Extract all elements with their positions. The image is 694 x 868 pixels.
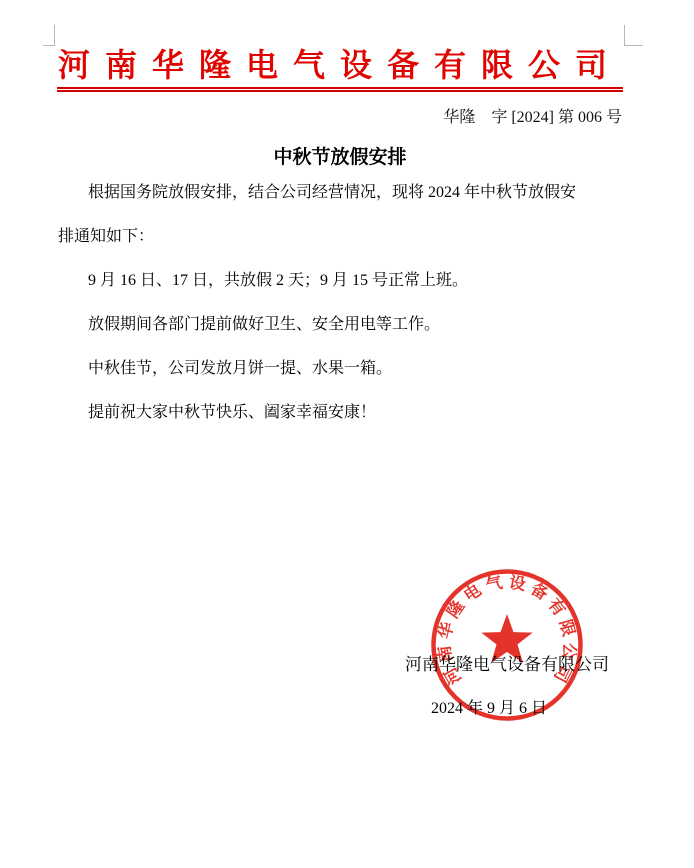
body-line: 放假期间各部门提前做好卫生、安全用电等工作。 [58,303,624,347]
company-letterhead: 河南华隆电气设备有限公司 [57,46,623,92]
document-number: 华隆 字 [2024] 第 006 号 [443,104,622,127]
margin-crop-mark-top-left [43,25,55,46]
notice-body: 根据国务院放假安排，结合公司经营情况，现将 2024 年中秋节放假安 排通知如下… [58,171,624,435]
margin-crop-mark-top-right [624,25,643,46]
body-line: 9 月 16 日、17 日，共放假 2 天；9 月 15 号正常上班。 [58,259,624,303]
body-line: 中秋佳节，公司发放月饼一提、水果一箱。 [58,347,624,391]
body-line: 排通知如下： [58,215,624,259]
document-page: 河南华隆电气设备有限公司 华隆 字 [2024] 第 006 号 中秋节放假安排… [0,0,694,868]
notice-title: 中秋节放假安排 [57,142,623,169]
body-line: 根据国务院放假安排，结合公司经营情况，现将 2024 年中秋节放假安 [58,171,624,215]
body-line: 提前祝大家中秋节快乐、阖家幸福安康！ [58,391,624,435]
signature-company-name: 河南华隆电气设备有限公司 [405,650,609,675]
signature-date: 2024 年 9 月 6 日 [431,695,547,718]
